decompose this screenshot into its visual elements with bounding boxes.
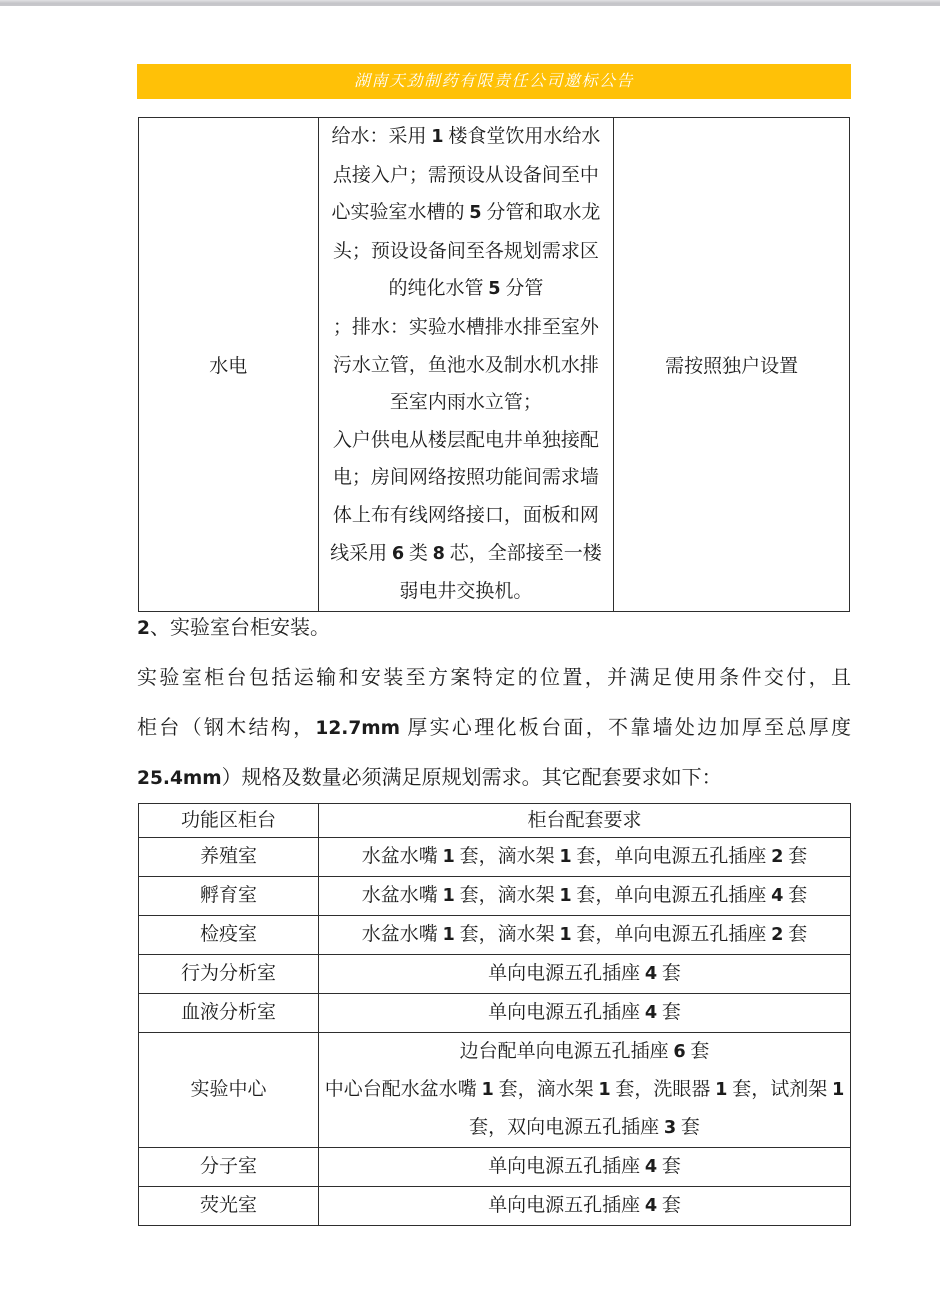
req-cell: 水盆水嘴 1 套，滴水架 1 套，单向电源五孔插座 2 套 <box>319 916 851 955</box>
area-cell: 检疫室 <box>139 916 319 955</box>
req-line: 套，双向电源五孔插座 3 套 <box>319 1109 850 1147</box>
table-row: 孵育室 水盆水嘴 1 套，滴水架 1 套，单向电源五孔插座 4 套 <box>139 877 851 916</box>
area-cell: 养殖室 <box>139 838 319 877</box>
cabinet-table: 功能区柜台 柜台配套要求 养殖室 水盆水嘴 1 套，滴水架 1 套，单向电源五孔… <box>138 803 851 1226</box>
table-row: 血液分析室 单向电源五孔插座 4 套 <box>139 994 851 1033</box>
req-cell: 水盆水嘴 1 套，滴水架 1 套，单向电源五孔插座 2 套 <box>319 838 851 877</box>
req-cell: 水盆水嘴 1 套，滴水架 1 套，单向电源五孔插座 4 套 <box>319 877 851 916</box>
requirement-line: 线采用 6 类 8 芯，全部接至一楼 <box>319 535 614 574</box>
utilities-table: 水电 给水：采用 1 楼食堂饮用水给水 点接入户；需预设从设备间至中 心实验室水… <box>138 117 850 612</box>
req-cell: 单向电源五孔插座 4 套 <box>319 1187 851 1226</box>
requirement-line: 体上布有线网络接口，面板和网 <box>319 497 614 535</box>
area-cell: 荧光室 <box>139 1187 319 1226</box>
area-cell: 孵育室 <box>139 877 319 916</box>
paragraph-line: 25.4mm）规格及数量必须满足原规划需求。其它配套要求如下： <box>137 753 851 803</box>
utilities-category-cell: 水电 <box>139 118 319 612</box>
requirement-line: 点接入户；需预设从设备间至中 <box>319 157 614 195</box>
paragraph-line: 实验室柜台包括运输和安装至方案特定的位置，并满足使用条件交付，且 <box>137 653 851 703</box>
paragraph-line: 柜台（钢木结构，12.7mm 厚实心理化板台面，不靠墙处边加厚至总厚度 <box>137 703 851 753</box>
table-row: 水电 给水：采用 1 楼食堂饮用水给水 点接入户；需预设从设备间至中 心实验室水… <box>139 118 850 612</box>
cabinet-header-area: 功能区柜台 <box>139 804 319 838</box>
req-cell: 单向电源五孔插座 4 套 <box>319 955 851 994</box>
table-row: 行为分析室 单向电源五孔插座 4 套 <box>139 955 851 994</box>
utilities-note-cell: 需按照独户设置 <box>614 118 850 612</box>
req-line: 中心台配水盆水嘴 1 套，滴水架 1 套，洗眼器 1 套，试剂架 1 <box>319 1071 850 1109</box>
requirement-line: 心实验室水槽的 5 分管和取水龙 <box>319 194 614 233</box>
cabinet-header-req: 柜台配套要求 <box>319 804 851 838</box>
requirement-line: ；排水：实验水槽排水排至室外 <box>319 309 614 347</box>
requirement-line: 入户供电从楼层配电井单独接配 <box>319 422 614 460</box>
table-row: 实验中心 边台配单向电源五孔插座 6 套 中心台配水盆水嘴 1 套，滴水架 1 … <box>139 1033 851 1148</box>
utilities-requirements-cell: 给水：采用 1 楼食堂饮用水给水 点接入户；需预设从设备间至中 心实验室水槽的 … <box>318 118 614 612</box>
requirement-line: 给水：采用 1 楼食堂饮用水给水 <box>319 118 614 157</box>
table-row: 养殖室 水盆水嘴 1 套，滴水架 1 套，单向电源五孔插座 2 套 <box>139 838 851 877</box>
requirement-line: 的纯化水管 5 分管 <box>319 270 614 309</box>
requirement-line: 电；房间网络按照功能间需求墙 <box>319 459 614 497</box>
req-cell: 单向电源五孔插座 4 套 <box>319 994 851 1033</box>
req-line: 边台配单向电源五孔插座 6 套 <box>319 1033 850 1071</box>
area-cell: 分子室 <box>139 1148 319 1187</box>
area-cell: 行为分析室 <box>139 955 319 994</box>
table-row: 荧光室 单向电源五孔插座 4 套 <box>139 1187 851 1226</box>
section-heading: 2、实验室台柜安装。 <box>137 603 851 653</box>
requirement-line: 至室内雨水立管； <box>319 384 614 422</box>
window-top-edge <box>0 0 940 6</box>
section-body: 2、实验室台柜安装。 实验室柜台包括运输和安装至方案特定的位置，并满足使用条件交… <box>137 603 851 803</box>
requirement-line: 污水立管，鱼池水及制水机水排 <box>319 347 614 385</box>
requirement-line: 头；预设设备间至各规划需求区 <box>319 233 614 271</box>
req-cell: 单向电源五孔插座 4 套 <box>319 1148 851 1187</box>
table-header-row: 功能区柜台 柜台配套要求 <box>139 804 851 838</box>
table-row: 分子室 单向电源五孔插座 4 套 <box>139 1148 851 1187</box>
header-banner: 湖南天劲制药有限责任公司邀标公告 <box>137 64 851 99</box>
banner-title: 湖南天劲制药有限责任公司邀标公告 <box>354 73 634 90</box>
table-row: 检疫室 水盆水嘴 1 套，滴水架 1 套，单向电源五孔插座 2 套 <box>139 916 851 955</box>
area-cell: 实验中心 <box>139 1033 319 1148</box>
req-cell: 边台配单向电源五孔插座 6 套 中心台配水盆水嘴 1 套，滴水架 1 套，洗眼器… <box>319 1033 851 1148</box>
area-cell: 血液分析室 <box>139 994 319 1033</box>
